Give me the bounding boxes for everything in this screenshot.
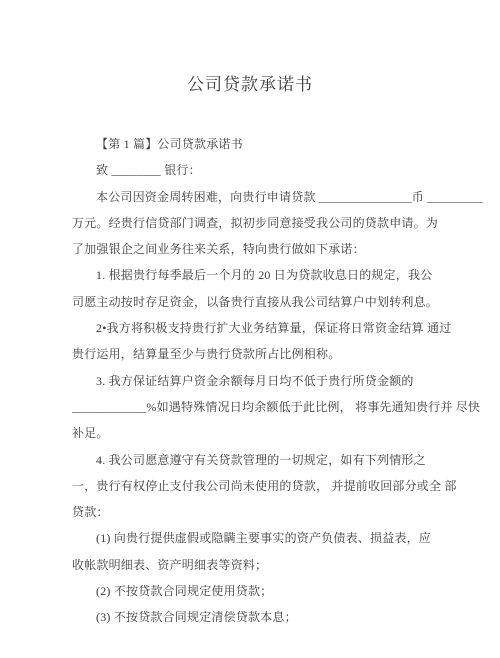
intro-para-line-3: 了加强银企之间业务往来关系，特向贵行做如下承诺： bbox=[72, 236, 476, 262]
item-4-line-3: 贷款： bbox=[72, 499, 476, 525]
intro-para-line-2: 万元。经贵行信贷部门调查，拟初步同意接受我公司的贷款申请。为 bbox=[72, 210, 476, 236]
section-heading: 【第 1 篇】公司贷款承诺书 bbox=[72, 131, 476, 157]
item-4-line-1: 4. 我公司愿意遵守有关贷款管理的一切规定，如有下列情形之 bbox=[72, 447, 476, 473]
subitem-2-line: (2) 不按贷款合同规定使用贷款； bbox=[72, 578, 476, 604]
item-3-line-3: 补足。 bbox=[72, 420, 476, 446]
subitem-3-line: (3) 不按贷款合同规定清偿贷款本息； bbox=[72, 604, 476, 630]
item-1-line-2: 司愿主动按时存足资金，以备贵行直接从我公司结算户中划转利息。 bbox=[72, 289, 476, 315]
subitem-1-line-1: (1) 向贵行提供虚假或隐瞒主要事实的资产负债表、损益表，应 bbox=[72, 525, 476, 551]
salutation-line: 致 ________ 银行： bbox=[72, 157, 476, 183]
item-2-line-2: 贵行运用，结算量至少与贵行贷款所占比例相称。 bbox=[72, 341, 476, 367]
item-3-line-2: ____________%如遇特殊情况日均余额低于此比例， 将事先通知贵行并 尽… bbox=[72, 394, 476, 420]
item-2-line-1: 2•我方将积极支持贵行扩大业务结算量，保证将日常资金结算 通过 bbox=[72, 315, 476, 341]
document-title: 公司贷款承诺书 bbox=[0, 72, 500, 98]
item-3-line-1: 3. 我方保证结算户资金余额每月日均不低于贵行所贷金额的 bbox=[72, 368, 476, 394]
subitem-1-line-2: 收帐款明细表、资产明细表等资料； bbox=[72, 552, 476, 578]
document-body: 【第 1 篇】公司贷款承诺书 致 ________ 银行： 本公司因资金周转困难… bbox=[0, 131, 500, 631]
document-page: 公司贷款承诺书 【第 1 篇】公司贷款承诺书 致 ________ 银行： 本公… bbox=[0, 0, 500, 658]
item-1-line-1: 1. 根据贵行每季最后一个月的 20 日为贷款收息日的规定，我公 bbox=[72, 262, 476, 288]
intro-para-line-1: 本公司因资金周转困难，向贵行申请贷款 _______________币 ____… bbox=[72, 184, 476, 210]
item-4-line-2: 一，贵行有权停止支付我公司尚未使用的贷款， 并提前收回部分或全 部 bbox=[72, 473, 476, 499]
